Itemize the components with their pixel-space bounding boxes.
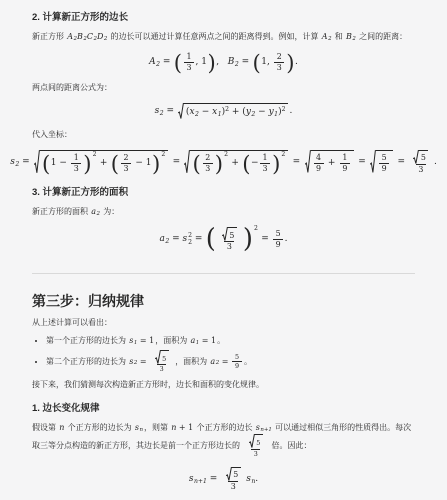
square-root: (x2 − x1)2 + (y2 − y1)2 xyxy=(178,103,288,120)
fraction: 53 xyxy=(151,350,173,373)
inline-math: s2 = 53 xyxy=(129,350,174,373)
square-root: 5 xyxy=(226,467,241,481)
fraction: 13 xyxy=(260,153,270,174)
para-area: 新正方形的面积 a2 为： xyxy=(32,206,415,218)
observation-list: 第一个正方形的边长为 s1 = 1，面积为 a1 = 1。 第二个正方形的边长为… xyxy=(32,335,415,374)
fraction: 53 xyxy=(245,434,267,457)
inline-math: 53 xyxy=(243,434,268,457)
para-intro: 新正方形 A2B2C2D2 的边长可以通过计算任意两点之间的距离得到。例如，计算… xyxy=(32,31,415,43)
heading-step2-side-length: 2. 计算新正方形的边长 xyxy=(32,12,415,25)
inline-math: n xyxy=(59,422,64,434)
para-distance-formula-label: 两点间的距离公式为： xyxy=(32,82,415,94)
inline-math: A2B2C2D2 xyxy=(67,31,107,43)
formula-s2-calculation: s2 = (1 − 13)2 + (23 − 1)2 = (23)2 + (−1… xyxy=(32,150,415,175)
para-next: 接下来，我们猜测每次构造新正方形时，边长和面积的变化规律。 xyxy=(32,379,415,391)
parenthesized-group: (53)2 xyxy=(206,227,258,253)
formula-distance: s2 = (x2 − x1)2 + (y2 − y1)2. xyxy=(32,103,415,120)
parenthesized-group: (23)2 xyxy=(192,153,227,174)
square-root: 59 xyxy=(370,150,393,174)
square-root: 5 xyxy=(222,227,237,241)
fraction: 59 xyxy=(379,153,389,174)
formula-a2-area: a2 = s22 = (53)2 = 59. xyxy=(32,227,415,253)
formula-points-a2-b2: A2 = (13, 1), B2 = (1, 23). xyxy=(32,52,415,73)
fraction: 23 xyxy=(203,153,213,174)
fraction: 19 xyxy=(340,153,350,174)
inline-math: s1 = 1 xyxy=(129,335,154,347)
heading-side-rule: 1. 边长变化规律 xyxy=(32,403,415,416)
fraction: 53 xyxy=(409,150,432,175)
fraction: 59 xyxy=(273,229,283,250)
inline-math: sn xyxy=(135,422,143,434)
parenthesized-group: (−13)2 xyxy=(242,153,285,174)
inline-math: A2 xyxy=(322,31,332,43)
inline-math: n + 1 xyxy=(171,422,193,434)
square-root: (23)2 + (−13)2 xyxy=(184,150,288,174)
fraction: 13 xyxy=(71,153,81,174)
para-assume: 假设第 n 个正方形的边长为 sn，则第 n + 1 个正方形的边长 sn+1 … xyxy=(32,422,415,458)
square-root: 5 xyxy=(413,150,428,164)
para-observe: 从上述计算可以看出： xyxy=(32,317,415,329)
fraction: 23 xyxy=(274,52,284,73)
parenthesized-group: (23 − 1)2 xyxy=(111,153,165,174)
square-root: 49 + 19 xyxy=(305,150,354,174)
inline-math: a2 = 59 xyxy=(210,353,243,370)
inline-math: a1 = 1 xyxy=(190,335,216,347)
heading-step3-main: 第三步：归纳规律 xyxy=(32,292,415,310)
section-divider xyxy=(32,273,415,274)
fraction: 13 xyxy=(184,52,194,73)
inline-math: a2 xyxy=(91,206,100,218)
parenthesized-group: (13, 1) xyxy=(174,52,216,73)
parenthesized-group: (1 − 13)2 xyxy=(42,153,96,174)
inline-math: B2 xyxy=(346,31,356,43)
square-root: 5 xyxy=(249,434,263,448)
inline-math: sn+1 xyxy=(256,422,272,434)
document: 2. 计算新正方形的边长 新正方形 A2B2C2D2 的边长可以通过计算任意两点… xyxy=(0,12,447,492)
fraction: 53 xyxy=(222,467,245,492)
list-item-second-square: 第二个正方形的边长为 s2 = 53，面积为 a2 = 59。 xyxy=(46,350,415,373)
formula-recurrence: sn+1 = 53sn. xyxy=(32,467,415,492)
fraction: 53 xyxy=(218,227,241,252)
para-substitute-coords: 代入坐标： xyxy=(32,129,415,141)
list-item-first-square: 第一个正方形的边长为 s1 = 1，面积为 a1 = 1。 xyxy=(46,335,415,347)
fraction: 23 xyxy=(121,153,131,174)
fraction: 49 xyxy=(314,153,324,174)
square-root: (1 − 13)2 + (23 − 1)2 xyxy=(34,150,168,174)
square-root: 5 xyxy=(155,350,169,364)
heading-step3-area: 3. 计算新正方形的面积 xyxy=(32,187,415,200)
parenthesized-group: (1, 23) xyxy=(253,52,295,73)
fraction: 59 xyxy=(232,353,241,370)
